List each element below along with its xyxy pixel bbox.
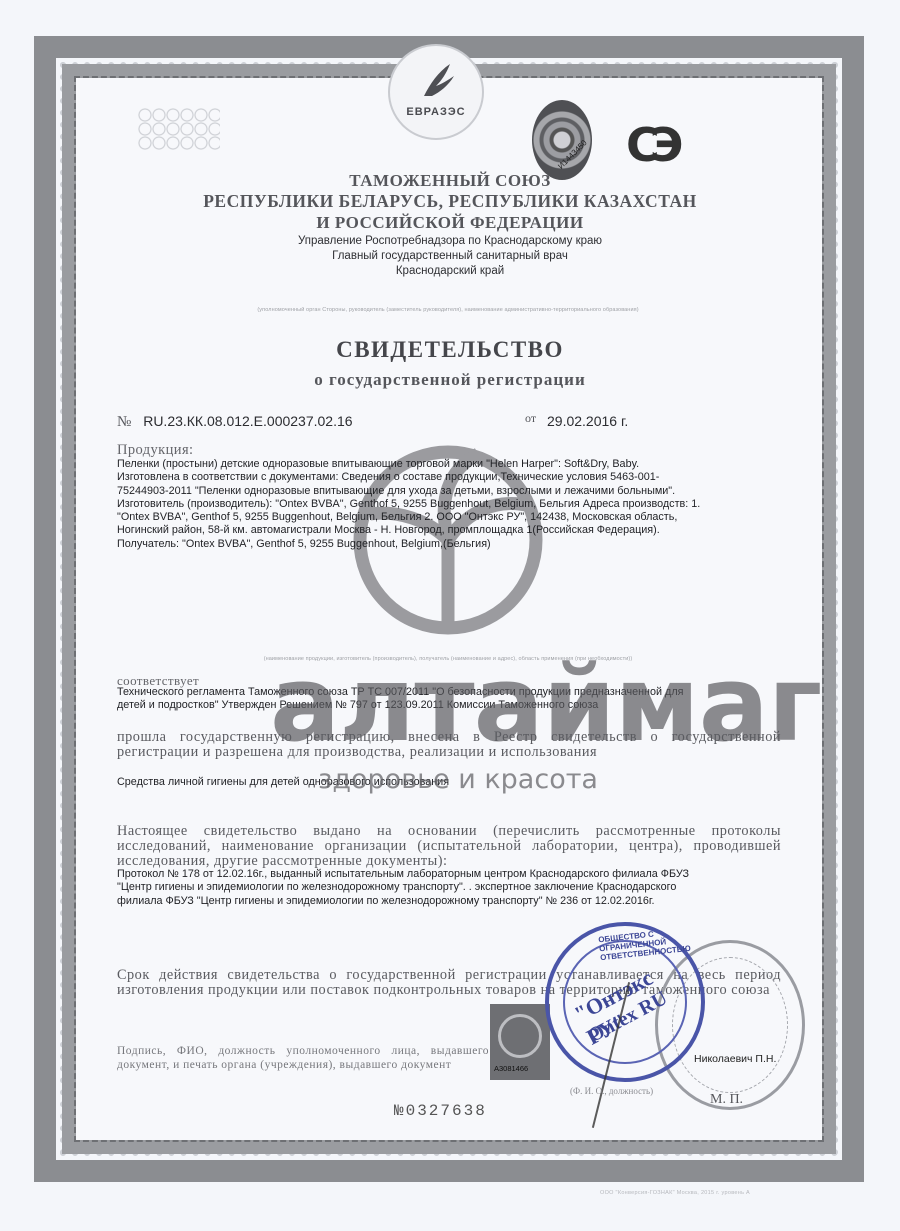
product-description: Пеленки (простыни) детские одноразовые в… bbox=[117, 458, 787, 551]
registration-line: № RU.23.КК.08.012.Е.000237.02.16 от 29.0… bbox=[117, 413, 657, 431]
signer-name: Николаевич П.Н. bbox=[694, 1053, 776, 1065]
product-line: Изготовлена в соответствии с документами… bbox=[117, 471, 787, 484]
certificate-title: СВИДЕТЕЛЬСТВО bbox=[0, 337, 900, 363]
product-line: Получатель: "Ontex BVBA", Genthof 5, 925… bbox=[117, 538, 787, 551]
basis-statement: Настоящее свидетельство выдано на основа… bbox=[117, 824, 781, 869]
date-prefix: от bbox=[525, 411, 536, 426]
union-line-1: ТАМОЖЕННЫЙ СОЮЗ bbox=[0, 170, 900, 191]
hologram-sticker-bottom-icon: А3081466 bbox=[490, 1004, 550, 1080]
eurasec-bird-icon bbox=[420, 62, 458, 102]
registration-date: 29.02.2016 г. bbox=[547, 413, 628, 429]
printer-note: ООО "Конверсия-ГОЗНАК" Москва, 2015 г. у… bbox=[600, 1190, 750, 1196]
product-line: Пеленки (простыни) детские одноразовые в… bbox=[117, 458, 787, 471]
product-line: Изготовитель (производитель): "Ontex BVB… bbox=[117, 498, 787, 511]
product-heading: Продукция: bbox=[117, 442, 193, 459]
product-line: "Ontex BVBA", Genthof 5, 9255 Buggenhout… bbox=[117, 511, 787, 524]
basis-line: Протокол № 178 от 12.02.16г., выданный и… bbox=[117, 868, 787, 881]
product-line: Ногинский район, 58-й км. автомагистрали… bbox=[117, 524, 787, 537]
conformity-mark-icon: СЭ bbox=[626, 118, 674, 172]
product-line: 75244903-2011 "Пеленки одноразовые впиты… bbox=[117, 485, 787, 498]
issuing-authority: Управление Роспотребнадзора по Краснодар… bbox=[0, 234, 900, 279]
registration-statement: прошла государственную регистрацию, внес… bbox=[117, 730, 781, 760]
fio-caption: (Ф. И. О., должность) bbox=[570, 1086, 653, 1096]
emblem-label: ЕВРАЗЭС bbox=[390, 106, 482, 118]
lattice-ornament bbox=[138, 108, 220, 150]
authority-line-2: Главный государственный санитарный врач bbox=[0, 249, 900, 264]
union-line-2: РЕСПУБЛИКИ БЕЛАРУСЬ, РЕСПУБЛИКИ КАЗАХСТА… bbox=[0, 191, 900, 212]
number-sign: № bbox=[117, 414, 131, 430]
form-serial-number: №0327638 bbox=[394, 1102, 487, 1120]
basis-documents: Протокол № 178 от 12.02.16г., выданный и… bbox=[117, 868, 787, 908]
certificate-subtitle: о государственной регистрации bbox=[0, 370, 900, 390]
registration-number: RU.23.КК.08.012.Е.000237.02.16 bbox=[143, 413, 352, 429]
customs-union-heading: ТАМОЖЕННЫЙ СОЮЗ РЕСПУБЛИКИ БЕЛАРУСЬ, РЕС… bbox=[0, 170, 900, 233]
authority-caption: (уполномоченный орган Стороны, руководит… bbox=[118, 307, 778, 313]
union-line-3: И РОССИЙСКОЙ ФЕДЕРАЦИИ bbox=[0, 212, 900, 233]
signature-label: Подпись, ФИО, должность уполномоченного … bbox=[117, 1045, 489, 1072]
eurasec-emblem: ЕВРАЗЭС bbox=[388, 44, 484, 140]
authority-line-1: Управление Роспотребнадзора по Краснодар… bbox=[0, 234, 900, 249]
basis-line: "Центр гигиены и эпидемиологии по железн… bbox=[117, 881, 787, 894]
authority-line-3: Краснодарский край bbox=[0, 264, 900, 279]
seal-place-label: М. П. bbox=[710, 1092, 743, 1108]
hologram-number-bottom: А3081466 bbox=[494, 1064, 528, 1073]
basis-line: филиала ФБУЗ "Центр гигиены и эпидемиоло… bbox=[117, 895, 787, 908]
watermark-tagline: здоровье и красота bbox=[318, 764, 598, 795]
